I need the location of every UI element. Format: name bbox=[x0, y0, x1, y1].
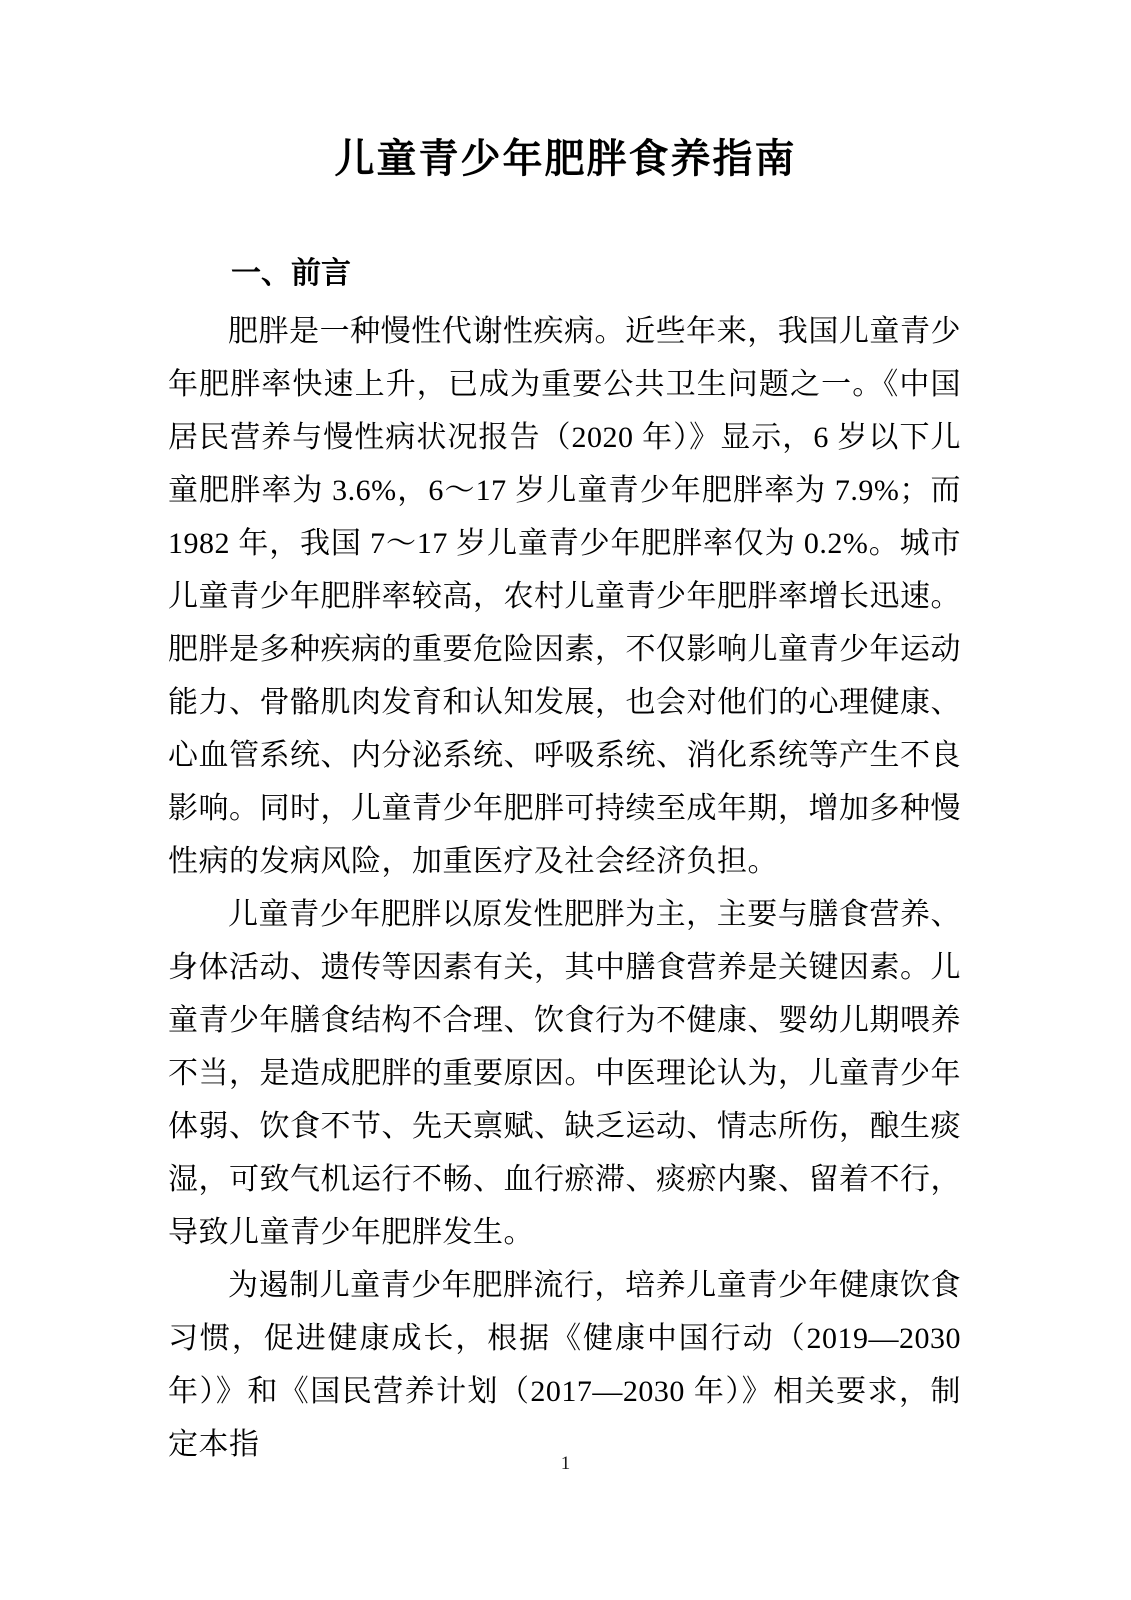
document-title: 儿童青少年肥胖食养指南 bbox=[0, 0, 1131, 188]
paragraph: 肥胖是一种慢性代谢性疾病。近些年来，我国儿童青少年肥胖率快速上升，已成为重要公共… bbox=[168, 305, 961, 888]
paragraph: 为遏制儿童青少年肥胖流行，培养儿童青少年健康饮食习惯，促进健康成长，根据《健康中… bbox=[168, 1259, 961, 1471]
paragraph: 儿童青少年肥胖以原发性肥胖为主，主要与膳食营养、身体活动、遗传等因素有关，其中膳… bbox=[168, 888, 961, 1259]
document-page: 儿童青少年肥胖食养指南 一、前言 肥胖是一种慢性代谢性疾病。近些年来，我国儿童青… bbox=[0, 0, 1131, 1600]
page-number: 1 bbox=[0, 1452, 1131, 1476]
section-heading-foreword: 一、前言 bbox=[0, 253, 1131, 295]
document-body: 肥胖是一种慢性代谢性疾病。近些年来，我国儿童青少年肥胖率快速上升，已成为重要公共… bbox=[0, 305, 1131, 1471]
